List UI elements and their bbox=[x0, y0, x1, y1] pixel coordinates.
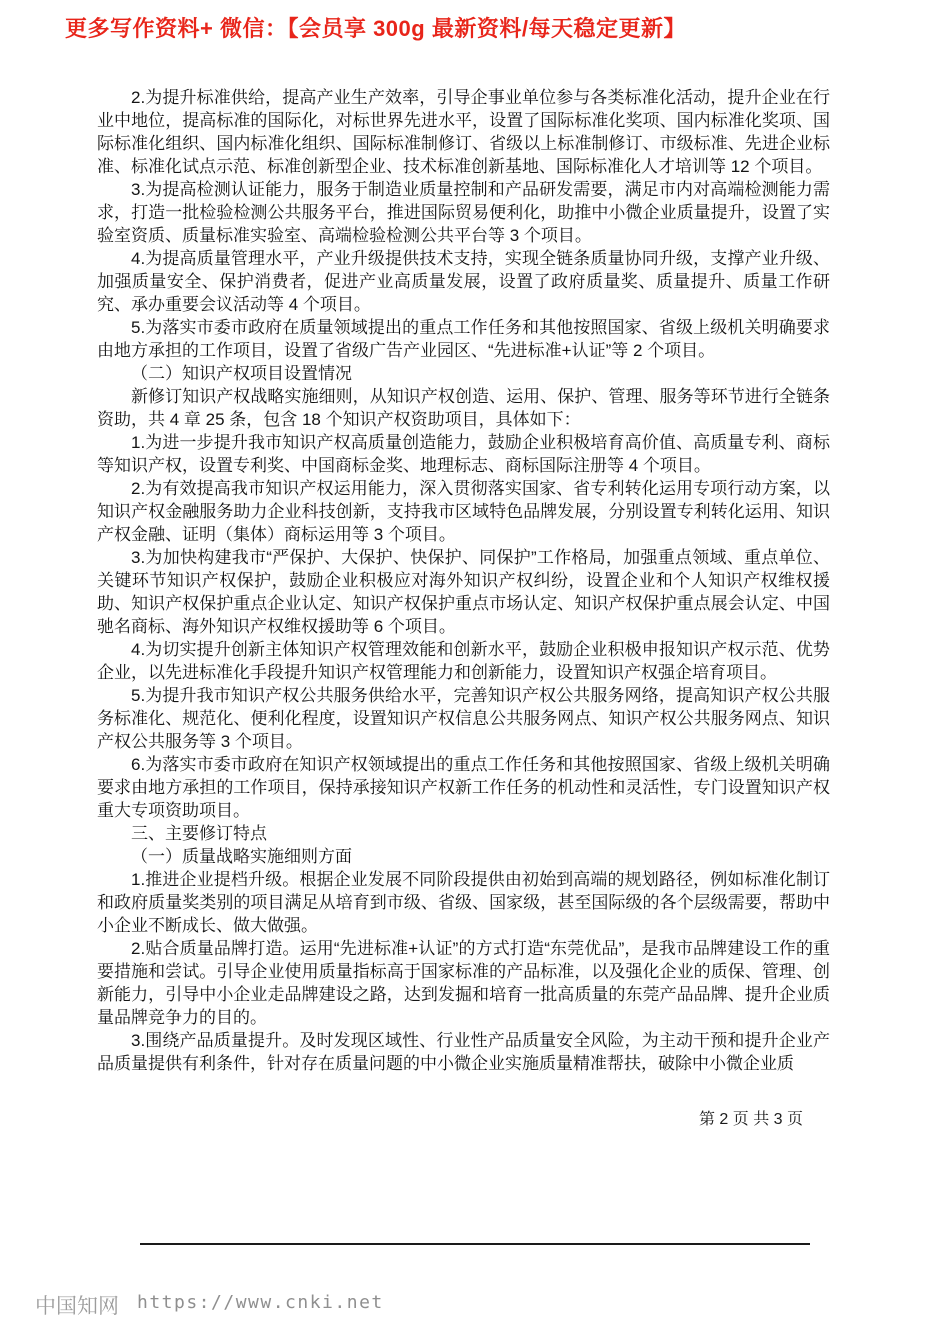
paragraph: 2.为提升标准供给，提高产业生产效率，引导企事业单位参与各类标准化活动，提升企业… bbox=[97, 86, 830, 178]
paragraph: 1.为进一步提升我市知识产权高质量创造能力，鼓励企业积极培育高价值、高质量专利、… bbox=[97, 431, 830, 477]
paragraph: 3.围绕产品质量提升。及时发现区域性、行业性产品质量安全风险，为主动干预和提升企… bbox=[97, 1029, 830, 1075]
paragraph: 2.为有效提高我市知识产权运用能力，深入贯彻落实国家、省专利转化运用专项行动方案… bbox=[97, 477, 830, 546]
document-page: 更多写作资料+ 微信：【会员享 300g 最新资料/每天稳定更新】 2.为提升标… bbox=[0, 0, 950, 1344]
paragraph: 5.为落实市委市政府在质量领域提出的重点工作任务和其他按照国家、省级上级机关明确… bbox=[97, 316, 830, 362]
paragraph: 3.为提高检测认证能力，服务于制造业质量控制和产品研发需要，满足市内对高端检测能… bbox=[97, 178, 830, 247]
paragraph: 5.为提升我市知识产权公共服务供给水平，完善知识产权公共服务网络，提高知识产权公… bbox=[97, 684, 830, 753]
paragraph: 6.为落实市委市政府在知识产权领域提出的重点工作任务和其他按照国家、省级上级机关… bbox=[97, 753, 830, 822]
section-heading: 三、主要修订特点 bbox=[97, 822, 830, 845]
document-body: 2.为提升标准供给，提高产业生产效率，引导企事业单位参与各类标准化活动，提升企业… bbox=[97, 86, 830, 1075]
paragraph: 3.为加快构建我市“严保护、大保护、快保护、同保护”工作格局，加强重点领域、重点… bbox=[97, 546, 830, 638]
paragraph: 2.贴合质量品牌打造。运用“先进标准+认证”的方式打造“东莞优品”，是我市品牌建… bbox=[97, 937, 830, 1029]
section-heading: （一）质量战略实施细则方面 bbox=[97, 845, 830, 868]
paragraph: 1.推进企业提档升级。根据企业发展不同阶段提供由初始到高端的规划路径，例如标准化… bbox=[97, 868, 830, 937]
paragraph: 4.为提高质量管理水平，产业升级提供技术支持，实现全链条质量协同升级，支撑产业升… bbox=[97, 247, 830, 316]
paragraph: 4.为切实提升创新主体知识产权管理效能和创新水平，鼓励企业积极申报知识产权示范、… bbox=[97, 638, 830, 684]
page-number-indicator: 第 2 页 共 3 页 bbox=[699, 1106, 803, 1129]
promo-header-text: 更多写作资料+ 微信：【会员享 300g 最新资料/每天稳定更新】 bbox=[65, 12, 686, 43]
section-heading: （二）知识产权项目设置情况 bbox=[97, 362, 830, 385]
cnki-watermark-url: https://www.cnki.net bbox=[137, 1292, 384, 1313]
paragraph: 新修订知识产权战略实施细则，从知识产权创造、运用、保护、管理、服务等环节进行全链… bbox=[97, 385, 830, 431]
cnki-watermark-name: 中国知网 bbox=[35, 1290, 119, 1320]
footer-divider-line bbox=[140, 1243, 810, 1245]
